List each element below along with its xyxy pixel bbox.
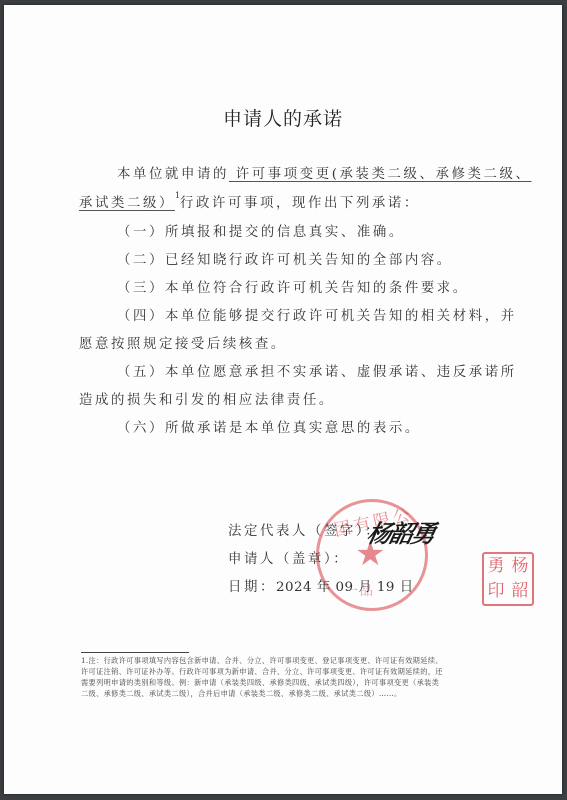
document-page: 申请人的承诺 本单位就申请的 许可事项变更(承装类二级、承修类二级、 承试类二级… — [4, 5, 562, 794]
commitment-4: （四）本单位能够提交行政许可机关告知的相关材料，并 — [117, 305, 517, 324]
applicant-label: 申请人（盖章）： — [228, 548, 349, 567]
commitment-4-cont: 愿意按照规定接受后续核查。 — [79, 333, 287, 352]
commitment-5: （五）本单位愿意承担不实承诺、虚假承诺、违反承诺所 — [117, 361, 517, 380]
legal-rep-label: 法定代表人（签字）： — [228, 520, 381, 539]
intro-underlined-item: 许可事项变更(承装类二级、承修类二级、 — [229, 167, 532, 182]
commitment-5-cont: 造成的损失和引发的相应法律责任。 — [79, 389, 335, 408]
document-title: 申请人的承诺 — [4, 104, 562, 131]
footnote-line-2: 许可证注销、许可证补办等。行政许可事项为新申请、合并、分立、许可事项变更、许可证… — [81, 667, 443, 677]
footnote-line-4: 二级、承修类二级、承试类二级），合并后申请（承装类二级、承修类二级、承试类二级）… — [81, 689, 402, 699]
footnote-divider — [81, 652, 189, 653]
footnote-ref: 1 — [175, 191, 180, 200]
intro-line-2: 承试类二级）1行政许可事项，现作出下列承诺： — [79, 192, 420, 211]
commitment-3: （三）本单位符合行政许可机关告知的条件要求。 — [117, 277, 469, 296]
footnote-line-1: 1.注：行政许可事项填写内容包含新申请、合并、分立、许可事项变更、登记事项变更、… — [81, 656, 443, 666]
seal-char: 印 — [484, 579, 508, 604]
commitment-1: （一）所填报和提交的信息真实、准确。 — [117, 221, 405, 240]
intro-prefix: 本单位就申请的 — [117, 167, 229, 182]
personal-seal: 勇 杨 印 韶 — [482, 552, 534, 606]
seal-char: 勇 — [484, 554, 508, 579]
date-line: 日期：2024 年 09 月 19 日 — [228, 576, 414, 595]
commitment-6: （六）所做承诺是本单位真实意思的表示。 — [117, 417, 421, 436]
seal-char: 杨 — [508, 554, 532, 579]
intro-suffix: 行政许可事项，现作出下列承诺： — [180, 196, 420, 211]
intro-line-1: 本单位就申请的 许可事项变更(承装类二级、承修类二级、 — [117, 163, 531, 182]
commitment-2: （二）已经知晓行政许可机关告知的全部内容。 — [117, 249, 453, 268]
handwritten-signature: 杨韶勇 — [364, 514, 437, 549]
seal-char: 韶 — [508, 579, 532, 604]
date-value: 2024 年 09 月 19 日 — [276, 580, 414, 595]
date-label: 日期： — [228, 580, 276, 595]
intro-underlined-item-cont: 承试类二级） — [79, 196, 175, 211]
footnote-line-3: 需要列明申请的类别和等级。例：新申请（承装类四级、承修类四级、承试类四级），许可… — [81, 678, 439, 688]
